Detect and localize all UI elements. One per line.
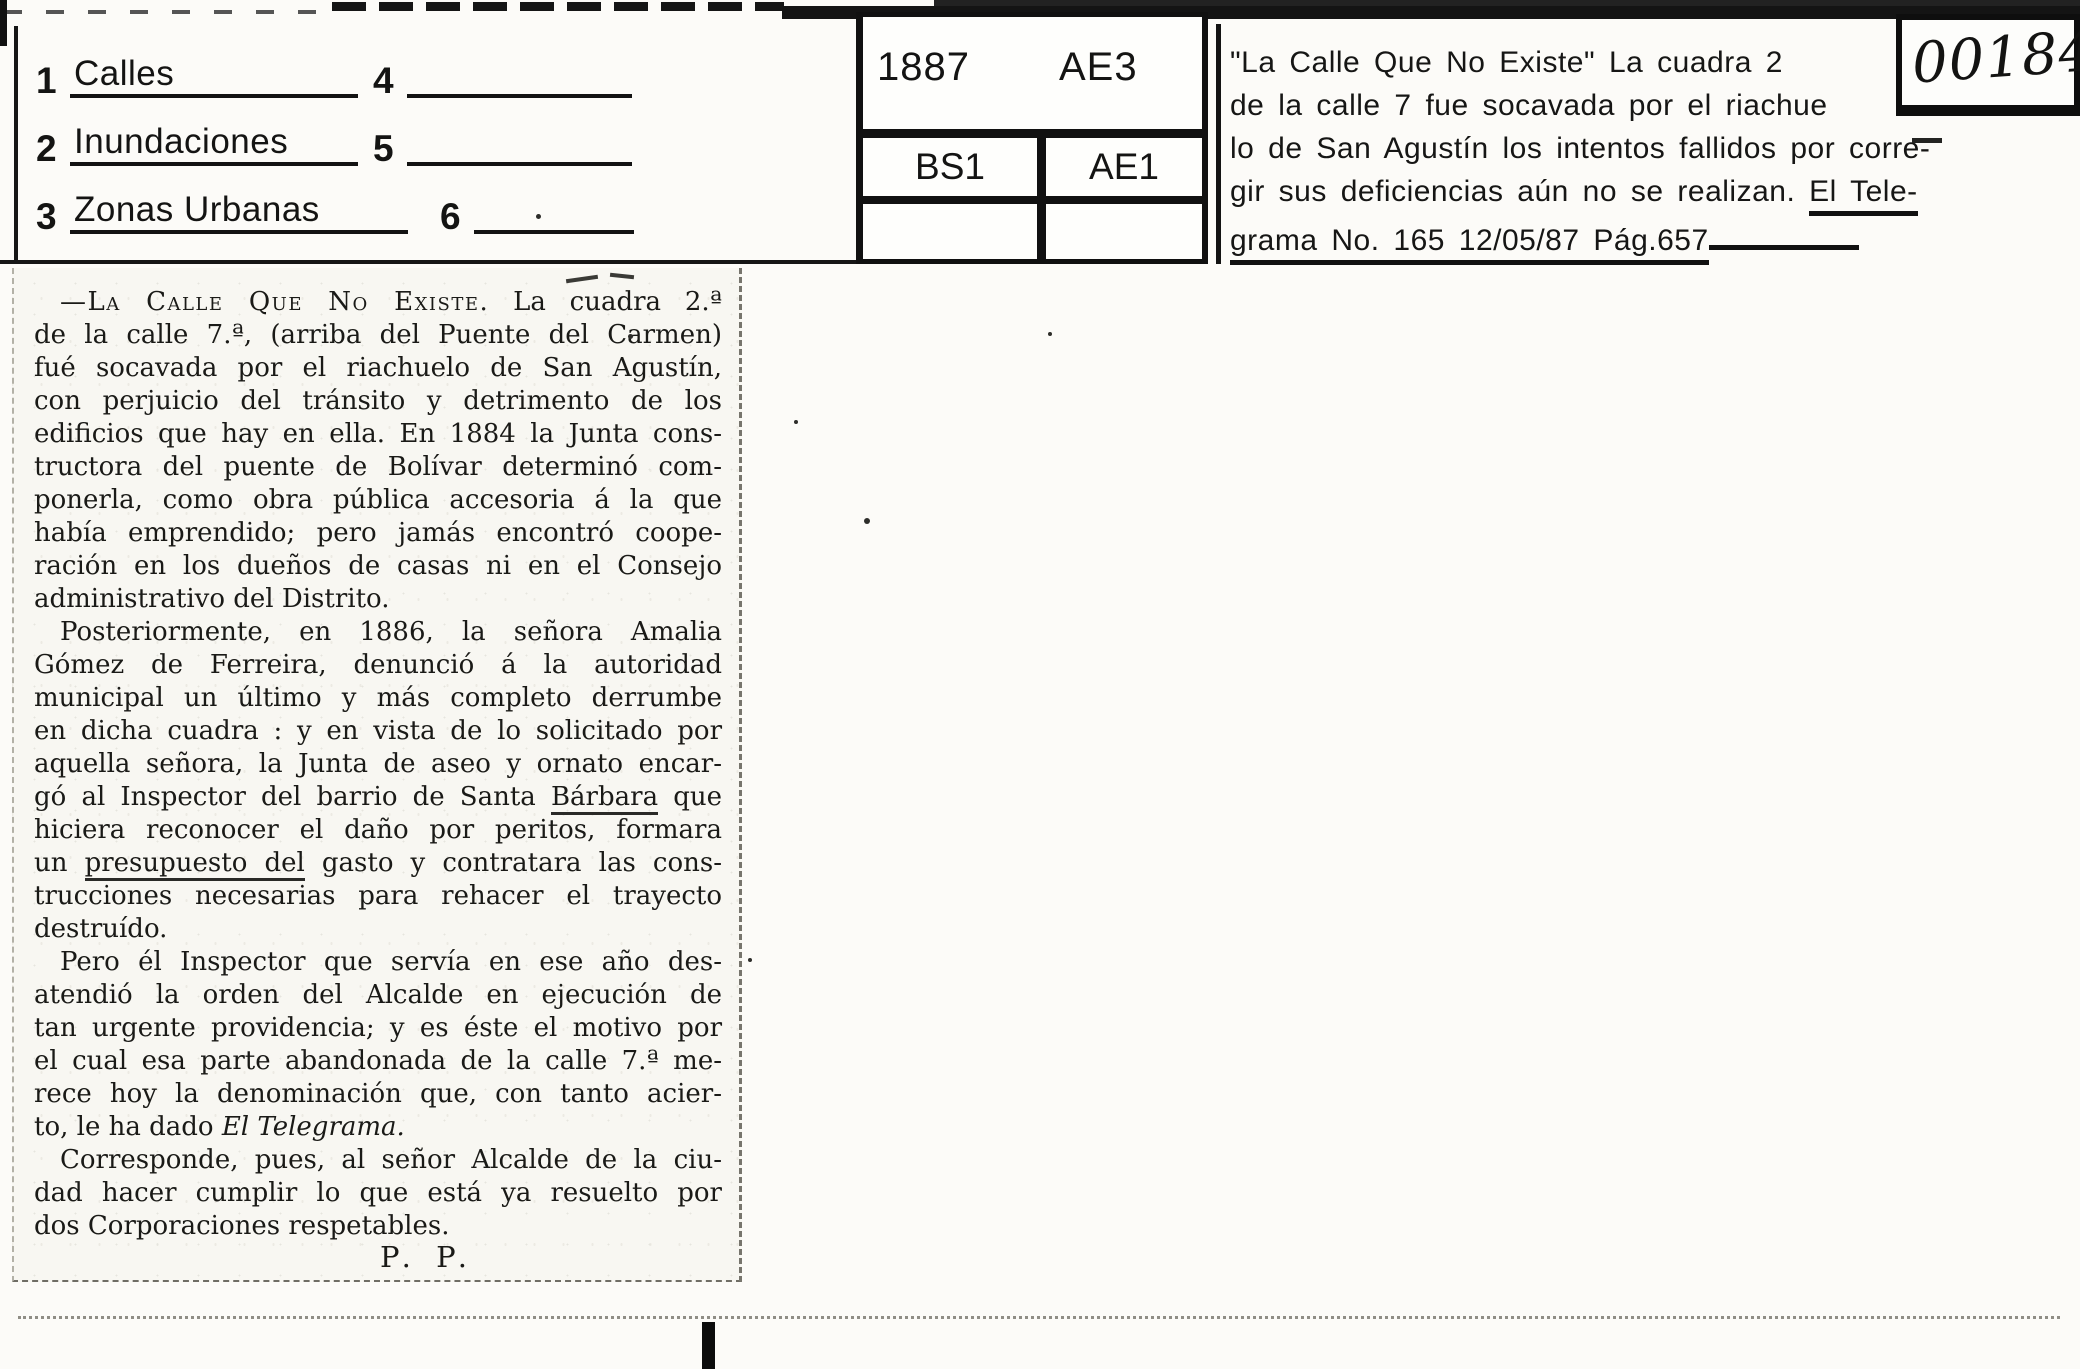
grid-row-empty [863, 204, 1202, 259]
text-segment: gó al Inspector del barrio de Santa [34, 782, 551, 812]
form-field: 4 [373, 30, 634, 98]
clipping-signature: P. P. [380, 1240, 475, 1274]
clipping-line: Pero él Inspector que servía en ese año … [34, 946, 722, 979]
clipping-line: en dicha cuadra : y en vista de lo solic… [34, 715, 722, 748]
grid-row-year: 1887 AE3 [863, 17, 1202, 129]
grid-divider [1037, 204, 1046, 259]
clipping-line: municipal un último y más completo derru… [34, 682, 722, 715]
scan-edge-mark [0, 0, 7, 46]
clipping-line: tructora del puente de Bolívar determinó… [34, 451, 722, 484]
code-ae3: AE3 [1059, 45, 1138, 90]
form-field-line: Zonas Urbanas [70, 190, 408, 234]
header-divider-line [0, 260, 858, 264]
clipping-line: Corresponde, pues, al señor Alcalde de l… [34, 1144, 722, 1177]
form-field-number: 1 [36, 60, 64, 102]
text-segment: rece hoy la denominación que, con tanto … [34, 1079, 722, 1109]
text-segment: atendió la orden del Alcalde en ejecució… [34, 980, 722, 1010]
scan-speck [1048, 332, 1052, 336]
clipping-line: dad hacer cumplir lo que está ya resuelt… [34, 1177, 722, 1210]
text-segment: aquella señora, la Junta de aseo y ornat… [34, 749, 722, 779]
text-segment: municipal un último y más completo derru… [34, 683, 722, 713]
newspaper-clipping: —La Calle Que No Existe. La cuadra 2.ª d… [12, 268, 742, 1282]
clipping-line: —La Calle Que No Existe. La cuadra 2.ª [34, 286, 722, 319]
scan-speck [794, 420, 798, 424]
scan-speck [748, 958, 752, 962]
text-segment: Pero él Inspector que servía en ese año … [60, 947, 722, 977]
form-left-border [14, 26, 18, 262]
form-field-value: Calles [70, 54, 174, 97]
text-segment: ponerla, como obra pública accesoria á l… [34, 485, 722, 515]
document-number-box: 00184 [1896, 14, 2080, 116]
text-segment: edificios que hay en ella. En 1884 la Ju… [34, 419, 722, 449]
panel-divider-line [1216, 24, 1221, 264]
clipping-line: trucciones necesarias para rehacer el tr… [34, 880, 722, 913]
form-field: 3 Zonas Urbanas [36, 166, 408, 234]
form-field: 1 Calles [36, 30, 408, 98]
text-segment: el cual esa parte abandonada de la calle… [34, 1046, 722, 1076]
clipping-line: gó al Inspector del barrio de Santa Bárb… [34, 781, 722, 814]
clipping-line: con perjuicio del tránsito y detrimento … [34, 385, 722, 418]
grid-divider [863, 129, 1202, 138]
text-segment: La cuadra 2.ª [489, 287, 722, 317]
clipping-line: el cual esa parte abandonada de la calle… [34, 1045, 722, 1078]
annotation-line: lo de San Agustín los intentos fallidos … [1230, 132, 2076, 175]
form-field-line [407, 54, 632, 98]
text-segment: con perjuicio del tránsito y detrimento … [34, 386, 722, 416]
archive-index-card: 1 Calles 2 Inundaciones 3 Zonas Urbanas … [0, 0, 2080, 1369]
text-segment: to, le ha dado [34, 1112, 222, 1142]
clipping-line: rece hoy la denominación que, con tanto … [34, 1078, 722, 1111]
grid-row-codes: BS1 AE1 [863, 138, 1202, 196]
form-field-line [474, 190, 634, 234]
scan-speck [864, 518, 870, 524]
page-edge-line [18, 1316, 2060, 1319]
form-field: 2 Inundaciones [36, 98, 408, 166]
text-segment: había emprendido; pero jamás encontró co… [34, 518, 722, 548]
text-segment: Gómez de Ferreira, denunció á la autorid… [34, 650, 722, 680]
text-segment: fué socavada por el riachuelo de San Agu… [34, 353, 722, 383]
text-segment: Bárbara [551, 782, 658, 815]
clipping-line: ración en los dueños de casas ni en el C… [34, 550, 722, 583]
grid-divider [863, 196, 1202, 204]
text-segment: en dicha cuadra : y en vista de lo solic… [34, 716, 722, 746]
form-field-number: 3 [36, 196, 64, 238]
text-segment: grama No. 165 12/05/87 Pág.657 [1230, 224, 1709, 265]
scan-noise-band [332, 2, 784, 11]
form-field-line [407, 122, 632, 166]
clipping-line: dos Corporaciones respetables. [34, 1210, 722, 1243]
text-segment: dad hacer cumplir lo que está ya resuelt… [34, 1178, 722, 1208]
year-code: 1887 [877, 45, 970, 90]
empty-cell [863, 204, 1037, 259]
form-field-value [474, 190, 478, 233]
form-field-value: Zonas Urbanas [70, 190, 320, 233]
clipping-line: ponerla, como obra pública accesoria á l… [34, 484, 722, 517]
text-segment: gasto y contratara las cons- [305, 848, 722, 878]
form-field-line: Inundaciones [70, 122, 358, 166]
document-number: 00184 [1910, 20, 2076, 96]
clipping-line: Posteriormente, en 1886, la señora Amali… [34, 616, 722, 649]
clipping-line: Gómez de Ferreira, denunció á la autorid… [34, 649, 722, 682]
form-field-number: 4 [373, 60, 401, 102]
index-form: 1 Calles 2 Inundaciones 3 Zonas Urbanas … [36, 30, 836, 250]
text-segment: tan urgente providencia; y es éste el mo… [34, 1013, 722, 1043]
form-field-number: 2 [36, 128, 64, 170]
form-field-value [407, 54, 411, 97]
code-bs1: BS1 [863, 138, 1037, 196]
grid-divider [1037, 138, 1046, 196]
text-segment: de la calle 7 fue socavada por el riachu… [1230, 89, 1828, 122]
form-field-value [407, 122, 411, 165]
form-field: 5 [373, 98, 634, 166]
text-segment: —La Calle Que No Existe. [60, 287, 489, 317]
clipping-line: hiciera reconocer el daño por peritos, f… [34, 814, 722, 847]
text-segment: gir sus deficiencias aún no se realizan. [1230, 175, 1809, 208]
form-field-number: 6 [440, 196, 468, 238]
text-segment: El Tele- [1809, 175, 1918, 216]
text-segment: presupuesto del [85, 848, 305, 881]
text-segment: dos Corporaciones respetables. [34, 1211, 449, 1241]
clipping-line: aquella señora, la Junta de aseo y ornat… [34, 748, 722, 781]
form-column-right: 4 5 6 [373, 30, 634, 234]
annotation-line: gir sus deficiencias aún no se realizan.… [1230, 175, 2076, 218]
scan-noise-band [4, 10, 332, 14]
text-segment: Corresponde, pues, al señor Alcalde de l… [60, 1145, 722, 1175]
clipping-text: —La Calle Que No Existe. La cuadra 2.ª d… [34, 286, 722, 1243]
annotation-line: grama No. 165 12/05/87 Pág.657 [1230, 218, 2076, 261]
clipping-line: había emprendido; pero jamás encontró co… [34, 517, 722, 550]
text-segment: ración en los dueños de casas ni en el C… [34, 551, 722, 581]
pencil-mark [1912, 138, 1942, 143]
text-segment: un [34, 848, 85, 878]
page-edge-mark [702, 1322, 715, 1369]
text-segment: Posteriormente, en 1886, la señora Amali… [60, 617, 722, 647]
text-segment: destruído. [34, 914, 167, 944]
text-segment: que [658, 782, 722, 812]
code-ae1: AE1 [1046, 138, 1202, 196]
clipping-line: destruído. [34, 913, 722, 946]
clipping-line: atendió la orden del Alcalde en ejecució… [34, 979, 722, 1012]
text-segment: de la calle 7.ª, (arriba del Puente del … [34, 320, 722, 350]
text-segment: hiciera reconocer el daño por peritos, f… [34, 815, 722, 845]
clipping-line: administrativo del Distrito. [34, 583, 722, 616]
clipping-line: edificios que hay en ella. En 1884 la Ju… [34, 418, 722, 451]
text-segment: trucciones necesarias para rehacer el tr… [34, 881, 722, 911]
scan-noise-band [934, 0, 2080, 6]
text-segment: administrativo del Distrito. [34, 584, 389, 614]
form-field: 6 [440, 166, 634, 234]
scan-speck [536, 214, 541, 219]
clipping-line: to, le ha dado El Telegrama. [34, 1111, 722, 1144]
text-segment: lo de San Agustín los intentos fallidos … [1230, 132, 1930, 165]
clipping-line: de la calle 7.ª, (arriba del Puente del … [34, 319, 722, 352]
text-segment: tructora del puente de Bolívar determinó… [34, 452, 722, 482]
clipping-line: fué socavada por el riachuelo de San Agu… [34, 352, 722, 385]
form-field-value: Inundaciones [70, 122, 288, 165]
text-segment: El Telegrama. [222, 1112, 405, 1142]
scan-speck [628, 334, 633, 339]
clipping-line: un presupuesto del gasto y contratara la… [34, 847, 722, 880]
clipping-line: tan urgente providencia; y es éste el mo… [34, 1012, 722, 1045]
text-segment: "La Calle Que No Existe" La cuadra 2 [1230, 46, 1783, 79]
form-field-number: 5 [373, 128, 401, 170]
form-column-left: 1 Calles 2 Inundaciones 3 Zonas Urbanas [36, 30, 408, 234]
form-field-line: Calles [70, 54, 358, 98]
empty-cell [1046, 204, 1202, 259]
classification-grid: 1887 AE3 BS1 AE1 [856, 12, 1208, 264]
